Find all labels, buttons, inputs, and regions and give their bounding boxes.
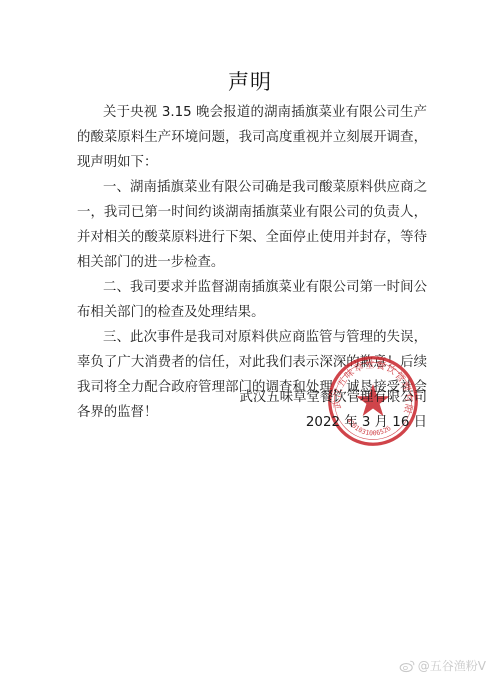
weibo-icon [399,659,415,673]
signature-date: 2022 年 3 月 16 日 [240,410,427,435]
signature-block: 武汉五味草堂餐饮管理有限公司 2022 年 3 月 16 日 [240,385,427,435]
watermark-text: @五谷渔粉V [418,657,486,674]
paragraph-intro: 关于央视 3.15 晚会报道的湖南插旗菜业有限公司生产的酸菜原料生产环境问题，我… [77,100,427,175]
paragraph-point-1: 一、湖南插旗菜业有限公司确是我司酸菜原料供应商之一，我司已第一时间约谈湖南插旗菜… [77,175,427,275]
paragraph-point-2: 二、我司要求并监督湖南插旗菜业有限公司第一时间公布相关部门的检查及处理结果。 [77,275,427,325]
weibo-watermark: @五谷渔粉V [399,657,486,674]
document-title: 声明 [0,66,500,96]
statement-body: 关于央视 3.15 晚会报道的湖南插旗菜业有限公司生产的酸菜原料生产环境问题，我… [77,100,427,425]
signature-company: 武汉五味草堂餐饮管理有限公司 [240,385,427,410]
